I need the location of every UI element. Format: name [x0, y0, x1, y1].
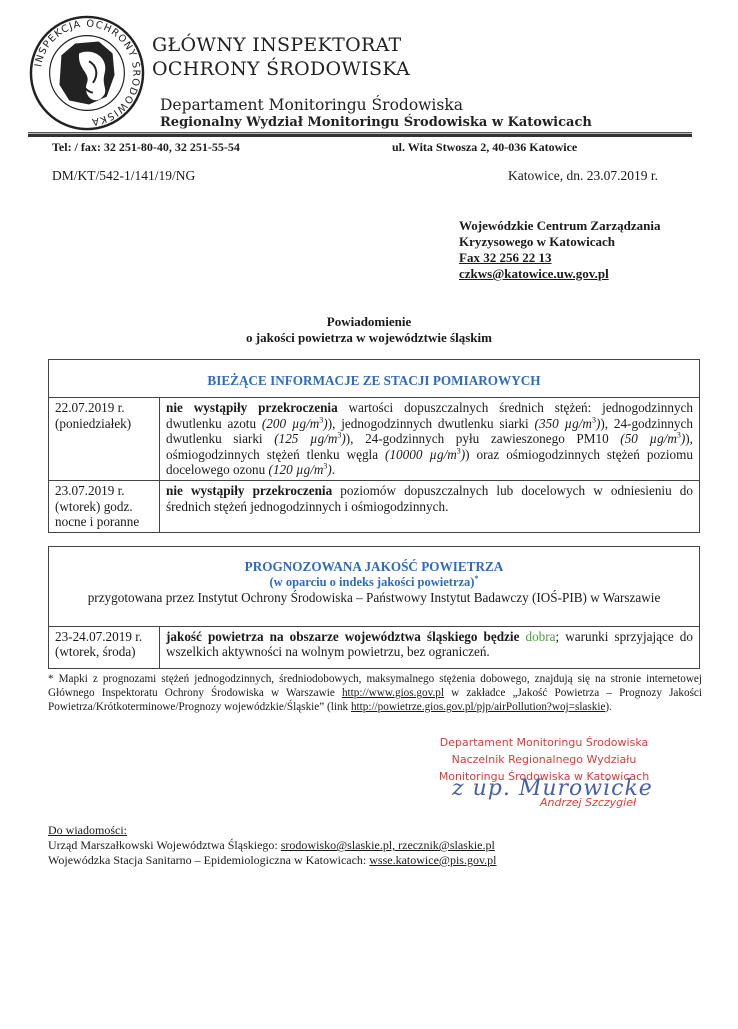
recipient-line2: Kryzysowego w Katowicach [459, 234, 660, 250]
header-divider [28, 132, 692, 137]
forecast-table: PROGNOZOWANA JAKOŚĆ POWIETRZA (w oparciu… [48, 546, 700, 669]
row-date-cell: 23.07.2019 r. (wtorek) godz. nocne i por… [49, 480, 160, 532]
cc-email-link[interactable]: wsse.katowice@pis.gov.pl [369, 853, 496, 867]
row-date-cell: 22.07.2019 r. (poniedziałek) [49, 398, 160, 481]
notice-subtitle: o jakości powietrza w województwie śląsk… [0, 330, 738, 346]
row-text-cell: nie wystąpiły przekroczenia poziomów dop… [160, 480, 700, 532]
notice-title: Powiadomienie [0, 314, 738, 330]
org-title-line2: OCHRONY ŚRODOWISKA [152, 58, 410, 80]
forecast-heading-cell: PROGNOZOWANA JAKOŚĆ POWIETRZA (w oparciu… [49, 547, 700, 627]
forecast-link[interactable]: http://powietrze.gios.gov.pl/pjp/airPoll… [351, 701, 605, 713]
cc-label: Do wiadomości: [48, 823, 497, 838]
cc-emails-link[interactable]: srodowisko@slaskie.pl, rzecznik@slaskie.… [281, 838, 495, 852]
regional-unit: Regionalny Wydział Monitoringu Środowisk… [160, 115, 592, 130]
table-row: 22.07.2019 r. (poniedziałek) nie wystąpi… [49, 398, 700, 481]
row-text-cell: nie wystąpiły przekroczenia wartości dop… [160, 398, 700, 481]
gios-link[interactable]: http://www.gios.gov.pl [342, 687, 444, 699]
recipient-fax: Fax 32 256 22 13 [459, 250, 660, 266]
reference-number: DM/KT/542-1/141/19/NG [52, 168, 195, 184]
phone-fax: Tel: / fax: 32 251-80-40, 32 251-55-54 [52, 140, 240, 155]
forecast-source: przygotowana przez Instytut Ochrony Środ… [55, 590, 693, 606]
cc-block: Do wiadomości: Urząd Marszałkowski Wojew… [48, 823, 497, 868]
current-info-heading: BIEŻĄCE INFORMACJE ZE STACJI POMIAROWYCH [49, 360, 700, 398]
recipient-block: Wojewódzkie Centrum Zarządzania Kryzysow… [459, 218, 660, 282]
signatory-name: Andrzej Szczygieł [540, 796, 636, 809]
office-address: ul. Wita Stwosza 2, 40-036 Katowice [392, 140, 577, 155]
recipient-email-link[interactable]: czkws@katowice.uw.gov.pl [459, 266, 660, 282]
document-date: Katowice, dn. 23.07.2019 r. [508, 168, 658, 184]
air-quality-status: dobra [525, 629, 555, 644]
table-row: 23.07.2019 r. (wtorek) godz. nocne i por… [49, 480, 700, 532]
table-row: 23-24.07.2019 r. (wtorek, środa) jakość … [49, 626, 700, 668]
gios-logo-icon: INSPEKCJA OCHRONY ŚRODOWISKA [28, 14, 146, 132]
org-title-line1: GŁÓWNY INSPEKTORAT [152, 34, 402, 56]
current-info-table: BIEŻĄCE INFORMACJE ZE STACJI POMIAROWYCH… [48, 359, 700, 533]
footnote: * Mapki z prognozami stężeń jednogodzinn… [48, 672, 702, 714]
recipient-line1: Wojewódzkie Centrum Zarządzania [459, 218, 660, 234]
forecast-heading: PROGNOZOWANA JAKOŚĆ POWIETRZA [55, 559, 693, 575]
department-name: Departament Monitoringu Środowiska [160, 96, 463, 114]
row-date-cell: 23-24.07.2019 r. (wtorek, środa) [49, 626, 160, 668]
forecast-subheading: (w oparciu o indeks jakości powietrza)* [55, 575, 693, 591]
row-text-cell: jakość powietrza na obszarze województwa… [160, 626, 700, 668]
